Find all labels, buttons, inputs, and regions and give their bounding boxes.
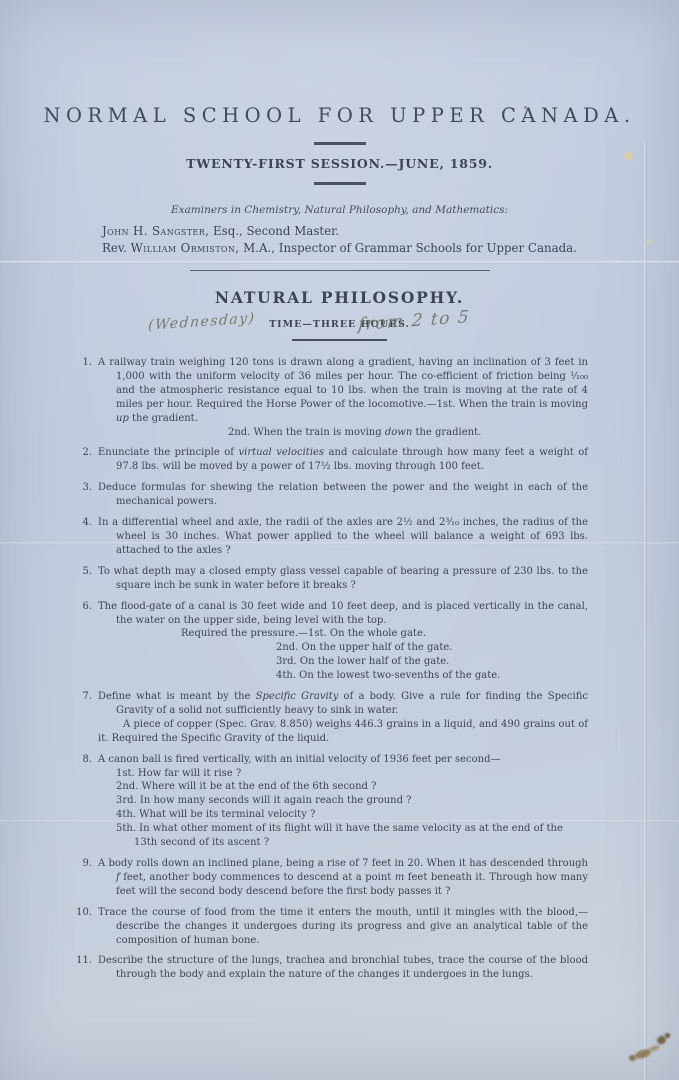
question-body: Describe the structure of the lungs, tra… <box>98 954 588 982</box>
fold-crease-horizontal-top <box>0 261 679 264</box>
question: 7.Define what is meant by the Specific G… <box>66 690 588 746</box>
question-text: Deduce formulas for shewing the relation… <box>98 481 588 509</box>
question-subitem: 2nd. On the upper half of the gate. <box>276 641 588 655</box>
question-number: 5. <box>66 565 98 593</box>
foxing-spot <box>646 240 651 244</box>
question-number: 3. <box>66 481 98 509</box>
question-number: 9. <box>66 857 98 899</box>
question-body: A railway train weighing 120 tons is dra… <box>98 356 588 439</box>
divider-rule-long <box>190 270 490 271</box>
question: 9.A body rolls down an inclined plane, b… <box>66 857 588 899</box>
question-subitem: 5th. In what other moment of its flight … <box>116 822 588 850</box>
question: 4.In a differential wheel and axle, the … <box>66 516 588 558</box>
examiner-title: M.A., Inspector of Grammar Schools for U… <box>239 241 577 255</box>
question-number: 11. <box>66 954 98 982</box>
examiner-name: William Ormiston, <box>131 241 240 255</box>
question-body: Deduce formulas for shewing the relation… <box>98 481 588 509</box>
question-number: 4. <box>66 516 98 558</box>
questions-list: 1.A railway train weighing 120 tons is d… <box>66 356 588 982</box>
question-text: A canon ball is fired vertically, with a… <box>98 753 588 767</box>
question-text: A railway train weighing 120 tons is dra… <box>98 356 588 426</box>
question-text: Trace the course of food from the time i… <box>98 906 588 948</box>
examiners-heading: Examiners in Chemistry, Natural Philosop… <box>0 204 679 216</box>
examiner-title: Esq., Second Master. <box>209 224 339 238</box>
question-body: In a differential wheel and axle, the ra… <box>98 516 588 558</box>
question-body: Trace the course of food from the time i… <box>98 906 588 948</box>
time-line: (Wednesday) TIME—THREE HOURS. from 2 to … <box>0 312 679 334</box>
question-subitem: 2nd. Where will it be at the end of the … <box>116 780 588 794</box>
fold-crease-vertical <box>644 140 647 1080</box>
question: 6.The flood-gate of a canal is 30 feet w… <box>66 600 588 683</box>
question-number: 2. <box>66 446 98 474</box>
question-subitem: 4th. On the lowest two-sevenths of the g… <box>276 669 588 683</box>
question-text: A body rolls down an inclined plane, bei… <box>98 857 588 899</box>
fold-crease-horizontal-bottom <box>0 820 679 823</box>
divider-rule <box>314 182 366 185</box>
fold-crease-horizontal-middle <box>0 542 679 545</box>
question-subitem: Required the pressure.—1st. On the whole… <box>181 627 588 641</box>
question-body: Enunciate the principle of virtual veloc… <box>98 446 588 474</box>
question-subitem: 3rd. On the lower half of the gate. <box>276 655 588 669</box>
question-number: 7. <box>66 690 98 746</box>
question-subitem: A piece of copper (Spec. Grav. 8.850) we… <box>98 718 588 746</box>
divider-rule <box>314 142 366 145</box>
question-text: In a differential wheel and axle, the ra… <box>98 516 588 558</box>
question-subitem: 1st. How far will it rise ? <box>116 767 588 781</box>
foxing-spot <box>524 106 527 109</box>
question-text: To what depth may a closed empty glass v… <box>98 565 588 593</box>
question-text: Describe the structure of the lungs, tra… <box>98 954 588 982</box>
question-subitem: 3rd. In how many seconds will it again r… <box>116 794 588 808</box>
question-text: The flood-gate of a canal is 30 feet wid… <box>98 600 588 628</box>
question-text: Define what is meant by the Specific Gra… <box>98 690 588 718</box>
ink-stain <box>615 1028 675 1072</box>
question-body: A body rolls down an inclined plane, bei… <box>98 857 588 899</box>
page-title: NORMAL SCHOOL FOR UPPER CANADA. <box>0 104 679 127</box>
examiner-line: Rev. William Ormiston, M.A., Inspector o… <box>102 240 577 257</box>
foxing-spot <box>623 152 632 160</box>
divider-rule-short <box>292 339 387 341</box>
exam-paper: NORMAL SCHOOL FOR UPPER CANADA. TWENTY-F… <box>0 0 679 1080</box>
question-body: A canon ball is fired vertically, with a… <box>98 753 588 850</box>
session-heading: TWENTY-FIRST SESSION.—JUNE, 1859. <box>0 156 679 171</box>
question-number: 1. <box>66 356 98 439</box>
question: 1.A railway train weighing 120 tons is d… <box>66 356 588 439</box>
examiner-name: John H. Sangster, <box>102 224 209 238</box>
question-number: 8. <box>66 753 98 850</box>
question: 3.Deduce formulas for shewing the relati… <box>66 481 588 509</box>
examiner-line: John H. Sangster, Esq., Second Master. <box>102 223 577 240</box>
question-body: Define what is meant by the Specific Gra… <box>98 690 588 746</box>
question-body: The flood-gate of a canal is 30 feet wid… <box>98 600 588 683</box>
question-text: Enunciate the principle of virtual veloc… <box>98 446 588 474</box>
subject-title: NATURAL PHILOSOPHY. <box>0 288 679 307</box>
question: 2.Enunciate the principle of virtual vel… <box>66 446 588 474</box>
question-number: 10. <box>66 906 98 948</box>
document-header: NORMAL SCHOOL FOR UPPER CANADA. TWENTY-F… <box>0 104 679 341</box>
question: 5.To what depth may a closed empty glass… <box>66 565 588 593</box>
question: 10.Trace the course of food from the tim… <box>66 906 588 948</box>
question-number: 6. <box>66 600 98 683</box>
question: 11.Describe the structure of the lungs, … <box>66 954 588 982</box>
examiners-list: John H. Sangster, Esq., Second Master. R… <box>102 223 577 256</box>
handwritten-day-annotation: (Wednesday) <box>148 310 256 334</box>
question-subitem: 2nd. When the train is moving down the g… <box>228 426 588 440</box>
question: 8.A canon ball is fired vertically, with… <box>66 753 588 850</box>
question-body: To what depth may a closed empty glass v… <box>98 565 588 593</box>
examiner-prefix: Rev. <box>102 241 131 255</box>
handwritten-hours-annotation: from 2 to 5 <box>357 307 470 335</box>
